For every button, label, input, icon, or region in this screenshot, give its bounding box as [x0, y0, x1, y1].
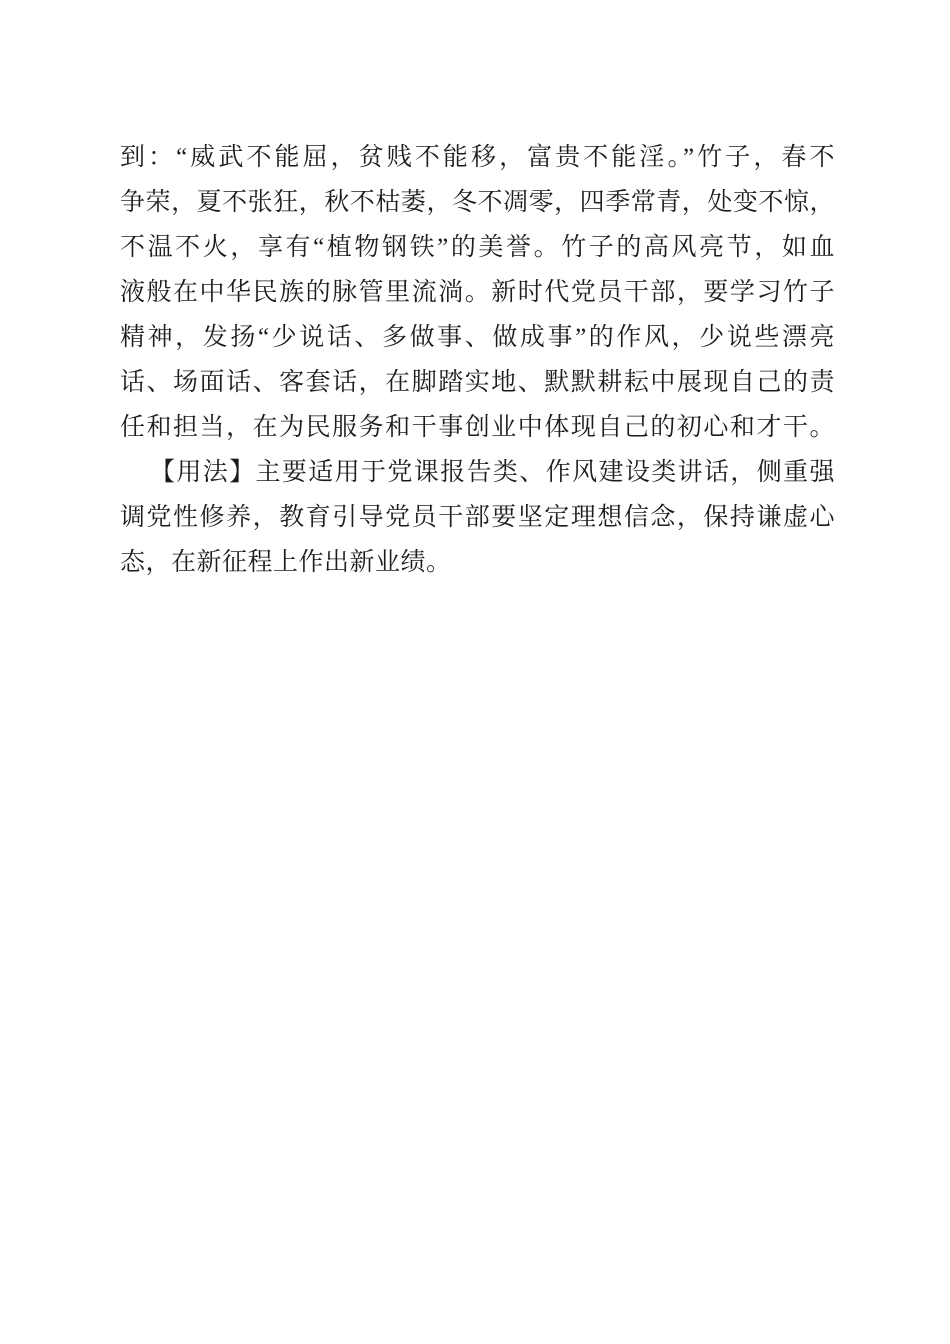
text-line: 争荣，夏不张狂，秋不枯萎，冬不凋零，四季常青，处变不惊，: [120, 180, 835, 225]
text-line: 精神，发扬“少说话、多做事、做成事”的作风，少说些漂亮: [120, 315, 835, 360]
text-line: 话、场面话、客套话，在脚踏实地、默默耕耘中展现自己的责: [120, 360, 835, 405]
text-line: 【用法】主要适用于党课报告类、作风建设类讲话，侧重强: [120, 450, 835, 495]
paragraph-usage-note: 【用法】主要适用于党课报告类、作风建设类讲话，侧重强 调党性修养，教育引导党员干…: [120, 450, 835, 585]
text-line: 到：“威武不能屈，贫贱不能移，富贵不能淫。”竹子，春不: [120, 135, 835, 180]
text-line: 不温不火，享有“植物钢铁”的美誉。竹子的高风亮节，如血: [120, 225, 835, 270]
document-page: 到：“威武不能屈，贫贱不能移，富贵不能淫。”竹子，春不 争荣，夏不张狂，秋不枯萎…: [0, 0, 950, 1344]
text-line: 任和担当，在为民服务和干事创业中体现自己的初心和才干。: [120, 405, 835, 450]
text-line: 态，在新征程上作出新业绩。: [120, 540, 835, 585]
paragraph-body-continuation: 到：“威武不能屈，贫贱不能移，富贵不能淫。”竹子，春不 争荣，夏不张狂，秋不枯萎…: [120, 135, 835, 450]
text-line: 调党性修养，教育引导党员干部要坚定理想信念，保持谦虚心: [120, 495, 835, 540]
text-block: 到：“威武不能屈，贫贱不能移，富贵不能淫。”竹子，春不 争荣，夏不张狂，秋不枯萎…: [120, 135, 835, 585]
text-line: 液般在中华民族的脉管里流淌。新时代党员干部，要学习竹子: [120, 270, 835, 315]
